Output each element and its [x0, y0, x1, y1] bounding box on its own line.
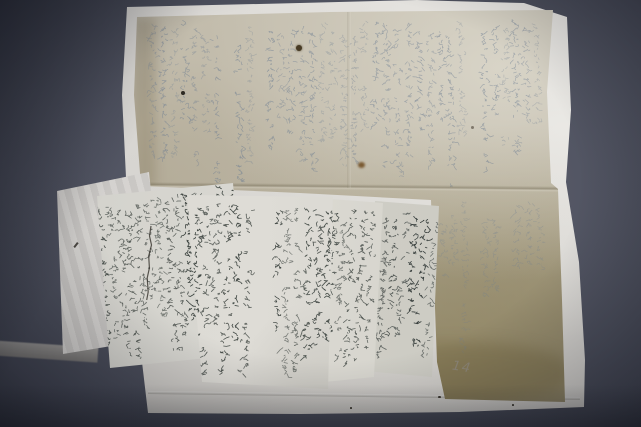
ink-tick: [73, 242, 78, 248]
photo-of-handwritten-letters: 14 5: [0, 0, 641, 427]
corner-pencil-mark: 5: [55, 334, 62, 345]
vertical-fold-crease: [347, 12, 351, 188]
paper-speck: [512, 404, 514, 406]
paper-speck: [350, 407, 352, 409]
paper-speck: [438, 396, 441, 398]
ink-speck: [471, 126, 474, 129]
pencil-page-number: 14: [451, 359, 473, 377]
rust-spot: [358, 162, 365, 168]
worm-hole: [181, 91, 185, 95]
worm-hole: [296, 45, 302, 51]
